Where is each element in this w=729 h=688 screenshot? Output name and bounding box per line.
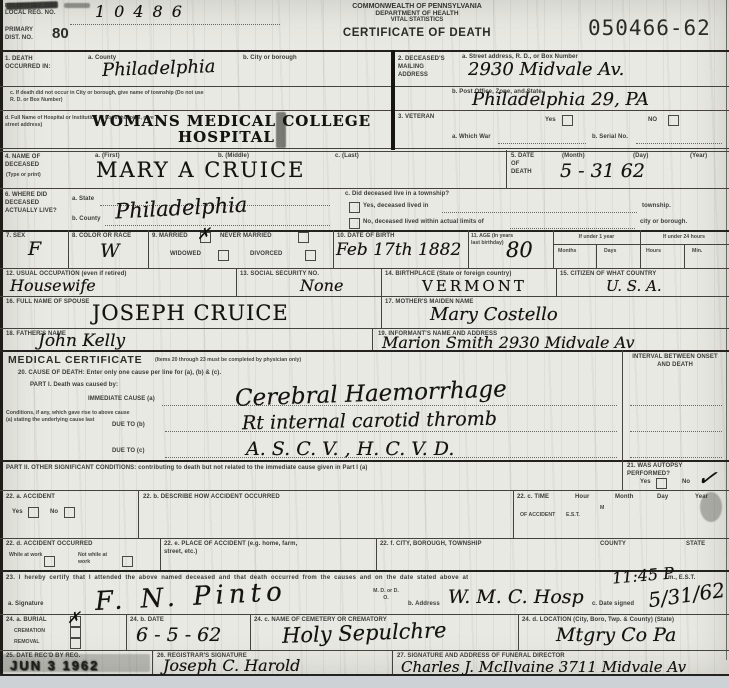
city-borough-label: b. City or borough bbox=[243, 55, 297, 63]
veteran-no-checkbox bbox=[668, 115, 679, 126]
hours-label: Hours bbox=[646, 248, 661, 255]
date-of-death-label: 5. DATE OF DEATH bbox=[511, 153, 541, 176]
residence-county-label: b. County bbox=[72, 216, 101, 224]
while-at-work-label: While at work bbox=[9, 552, 43, 559]
commonwealth-line: COMMONWEALTH OF PENNSYLVANIA bbox=[298, 3, 536, 10]
township-question: c. Did deceased live in a township? bbox=[345, 191, 449, 199]
sex-value: F bbox=[28, 238, 41, 260]
physician-address-label: b. Address bbox=[408, 601, 440, 609]
part2-label: PART II. OTHER SIGNIFICANT CONDITIONS: c… bbox=[6, 465, 616, 473]
months-label: Months bbox=[558, 248, 576, 255]
removal-checkbox bbox=[70, 638, 81, 649]
color-race-value: W bbox=[100, 240, 120, 262]
day-label: Day bbox=[657, 494, 668, 502]
cause-of-death-label: 20. CAUSE OF DEATH: Enter only one cause… bbox=[18, 370, 221, 378]
est-label: E.S.T. bbox=[566, 512, 580, 519]
veteran-yes-label: Yes bbox=[545, 117, 556, 125]
autopsy-no-label: No bbox=[682, 479, 690, 487]
describe-accident-label: 22. b. DESCRIBE HOW ACCIDENT OCCURRED bbox=[143, 494, 280, 502]
department-line: DEPARTMENT OF HEALTH bbox=[298, 10, 536, 17]
burial-label: 24. a. BURIAL bbox=[6, 617, 47, 625]
deceased-name-value: MARY A CRUICE bbox=[96, 158, 305, 182]
county-value: Philadelphia bbox=[102, 56, 216, 81]
sex-label: 7. SEX bbox=[6, 233, 25, 241]
minutes-label: Min. bbox=[692, 248, 702, 255]
accident-city-label: 22. f. CITY, BOROUGH, TOWNSHIP bbox=[380, 541, 482, 549]
township-no-checkbox bbox=[349, 218, 360, 229]
dod-year-label: (Year) bbox=[690, 153, 707, 161]
township-yes-checkbox bbox=[349, 202, 360, 213]
due-to-c-label: DUE TO (c) bbox=[112, 448, 145, 456]
cremation-checkbox bbox=[70, 627, 81, 638]
autopsy-yes-label: Yes bbox=[640, 479, 651, 487]
autopsy-no-check-mark: ✓ bbox=[695, 463, 719, 494]
serial-no-label: b. Serial No. bbox=[592, 134, 628, 142]
veteran-yes-checkbox bbox=[562, 115, 573, 126]
mother-maiden-value: Mary Costello bbox=[430, 304, 558, 325]
registrar-signature-value: Joseph C. Harold bbox=[163, 656, 300, 675]
burial-location-value: Mtgry Co Pa bbox=[556, 624, 676, 646]
hospital-value-line2: HOSPITAL bbox=[178, 128, 275, 146]
due-to-c-value: A. S. C. V. , H. C. V. D. bbox=[246, 438, 454, 460]
hour-label: Hour bbox=[575, 494, 589, 502]
under-1-year-label: If under 1 year bbox=[555, 234, 638, 241]
post-office-value: Philadelphia 29, PA bbox=[472, 89, 649, 110]
township-no-suffix: city or borough. bbox=[640, 219, 687, 227]
under-24-hours-label: If under 24 hours bbox=[641, 234, 727, 241]
death-certificate: PTS-DIPH REV. 11/59 LOCAL REG. NO. 10486… bbox=[0, 0, 729, 676]
local-reg-label: LOCAL REG. NO. bbox=[5, 10, 56, 18]
widowed-label: WIDOWED bbox=[170, 251, 201, 259]
divorced-checkbox bbox=[305, 250, 316, 261]
autopsy-yes-checkbox bbox=[656, 478, 667, 489]
veteran-no-label: NO bbox=[648, 117, 657, 125]
father-name-value: John Kelly bbox=[38, 331, 125, 351]
accident-yes-checkbox bbox=[28, 507, 39, 518]
certificate-number: 050466-62 bbox=[588, 16, 711, 40]
certificate-title: CERTIFICATE OF DEATH bbox=[298, 27, 536, 39]
accident-label: 22. a. ACCIDENT bbox=[6, 494, 55, 502]
accident-county-label: COUNTY bbox=[600, 541, 626, 549]
state-label: a. State bbox=[72, 196, 94, 204]
birthplace-value: VERMONT bbox=[422, 277, 527, 295]
township-note: c. If death did not occur in City or bor… bbox=[10, 90, 205, 104]
township-yes-suffix: township. bbox=[642, 203, 671, 211]
physician-address-value: W. M. C. Hosp bbox=[448, 586, 584, 608]
immediate-cause-label: IMMEDIATE CAUSE (a) bbox=[88, 396, 155, 404]
removal-label: REMOVAL bbox=[14, 639, 40, 646]
citizen-value: U. S. A. bbox=[606, 277, 662, 295]
cremation-label: CREMATION bbox=[14, 628, 45, 635]
spouse-value: JOSEPH CRUICE bbox=[92, 301, 289, 325]
medical-certificate-note: (Items 20 through 23 must be completed b… bbox=[155, 357, 301, 364]
time-of-accident-label: 22. c. TIME bbox=[517, 494, 549, 502]
medical-certificate-title: MEDICAL CERTIFICATE bbox=[8, 354, 142, 366]
township-yes-text: Yes, deceased lived in bbox=[363, 203, 429, 211]
which-war-label: a. Which War bbox=[452, 134, 491, 142]
time-of-accident-label2: OF ACCIDENT bbox=[520, 512, 555, 519]
spouse-label: 16. FULL NAME OF SPOUSE bbox=[6, 299, 90, 307]
physician-signature-value: F. N. Pinto bbox=[94, 577, 287, 617]
street-address-value: 2930 Midvale Av. bbox=[468, 59, 624, 80]
residence-value: Philadelphia bbox=[114, 193, 247, 224]
where-lived-label: 6. WHERE DID DECEASED ACTUALLY LIVE? bbox=[5, 192, 63, 215]
year-label: Year bbox=[695, 494, 708, 502]
month-label: Month bbox=[615, 494, 634, 502]
widowed-checkbox bbox=[218, 250, 229, 261]
m-label: M bbox=[600, 505, 604, 512]
married-check-mark: ✗ bbox=[197, 224, 210, 243]
scanner-background-strip bbox=[0, 676, 729, 688]
informant-value: Marion Smith 2930 Midvale Av bbox=[382, 333, 635, 352]
accident-no-checkbox bbox=[64, 507, 75, 518]
occupation-value: Housewife bbox=[10, 276, 96, 295]
header-center: COMMONWEALTH OF PENNSYLVANIA DEPARTMENT … bbox=[298, 3, 536, 39]
days-label: Days bbox=[604, 248, 616, 255]
accident-no-label: No bbox=[50, 509, 58, 517]
mailing-address-label: 2. DECEASED'S MAILING ADDRESS bbox=[398, 56, 450, 79]
type-or-print-note: (Type or print) bbox=[6, 172, 41, 179]
date-of-birth-value: Feb 17th 1882 bbox=[336, 240, 461, 260]
funeral-director-value: Charles J. McIlvaine 3711 Midvale Av bbox=[401, 658, 686, 676]
ssn-value: None bbox=[300, 276, 343, 295]
primary-dist-label: PRIMARY DIST. NO. bbox=[5, 27, 39, 43]
never-married-checkbox bbox=[298, 232, 309, 243]
accident-occurred-label: 22. d. ACCIDENT OCCURRED bbox=[6, 541, 93, 549]
accident-yes-label: Yes bbox=[12, 509, 23, 517]
date-signed-label: c. Date signed bbox=[592, 601, 634, 609]
scanned-death-certificate-page: PTS-DIPH REV. 11/59 LOCAL REG. NO. 10486… bbox=[0, 0, 729, 688]
local-reg-value: 10486 bbox=[95, 2, 191, 21]
veteran-label: 3. VETERAN bbox=[398, 114, 434, 122]
form-revision: PTS-DIPH REV. 11/59 bbox=[5, 3, 56, 10]
date-of-death-value: 5 - 31 62 bbox=[560, 160, 645, 182]
part1-label: PART I. Death was caused by: bbox=[30, 382, 118, 390]
death-occurred-label: 1. DEATH OCCURRED IN: bbox=[5, 56, 57, 72]
never-married-label: NEVER MARRIED bbox=[220, 233, 272, 241]
due-to-b-value: Rt internal carotid thromb bbox=[242, 408, 497, 434]
date-received-stamp: JUN 3 1962 bbox=[10, 658, 99, 673]
accident-state-label: STATE bbox=[686, 541, 705, 549]
burial-date-value: 6 - 5 - 62 bbox=[136, 624, 221, 646]
last-name-label: c. (Last) bbox=[335, 153, 359, 161]
name-of-deceased-label: 4. NAME OF DECEASED bbox=[5, 154, 65, 170]
divorced-label: DIVORCED bbox=[250, 251, 282, 259]
cemetery-value: Holy Sepulchre bbox=[282, 618, 447, 648]
primary-dist-value: 80 bbox=[52, 25, 69, 42]
interval-label: INTERVAL BETWEEN ONSET AND DEATH bbox=[628, 354, 722, 370]
while-at-work-checkbox bbox=[44, 556, 55, 567]
md-do-label: M. D. or D. O. bbox=[372, 588, 400, 602]
immediate-cause-value: Cerebral Haemorrhage bbox=[235, 376, 508, 411]
signature-label: a. Signature bbox=[8, 601, 44, 609]
not-while-at-work-checkbox bbox=[122, 556, 133, 567]
age-value: 80 bbox=[506, 238, 533, 262]
burial-check-mark: ✗ bbox=[67, 608, 80, 627]
due-to-b-label: DUE TO (b) bbox=[112, 422, 145, 430]
married-label: 9. MARRIED bbox=[152, 233, 188, 241]
place-of-accident-label: 22. e. PLACE OF ACCIDENT (e.g. home, far… bbox=[164, 541, 304, 557]
not-while-at-work-label: Not while at work bbox=[78, 552, 118, 566]
death-time-value: 11:45 P bbox=[611, 563, 674, 587]
township-no-text: No, deceased lived within actual limits … bbox=[363, 219, 484, 227]
vital-line: VITAL STATISTICS bbox=[298, 17, 536, 23]
